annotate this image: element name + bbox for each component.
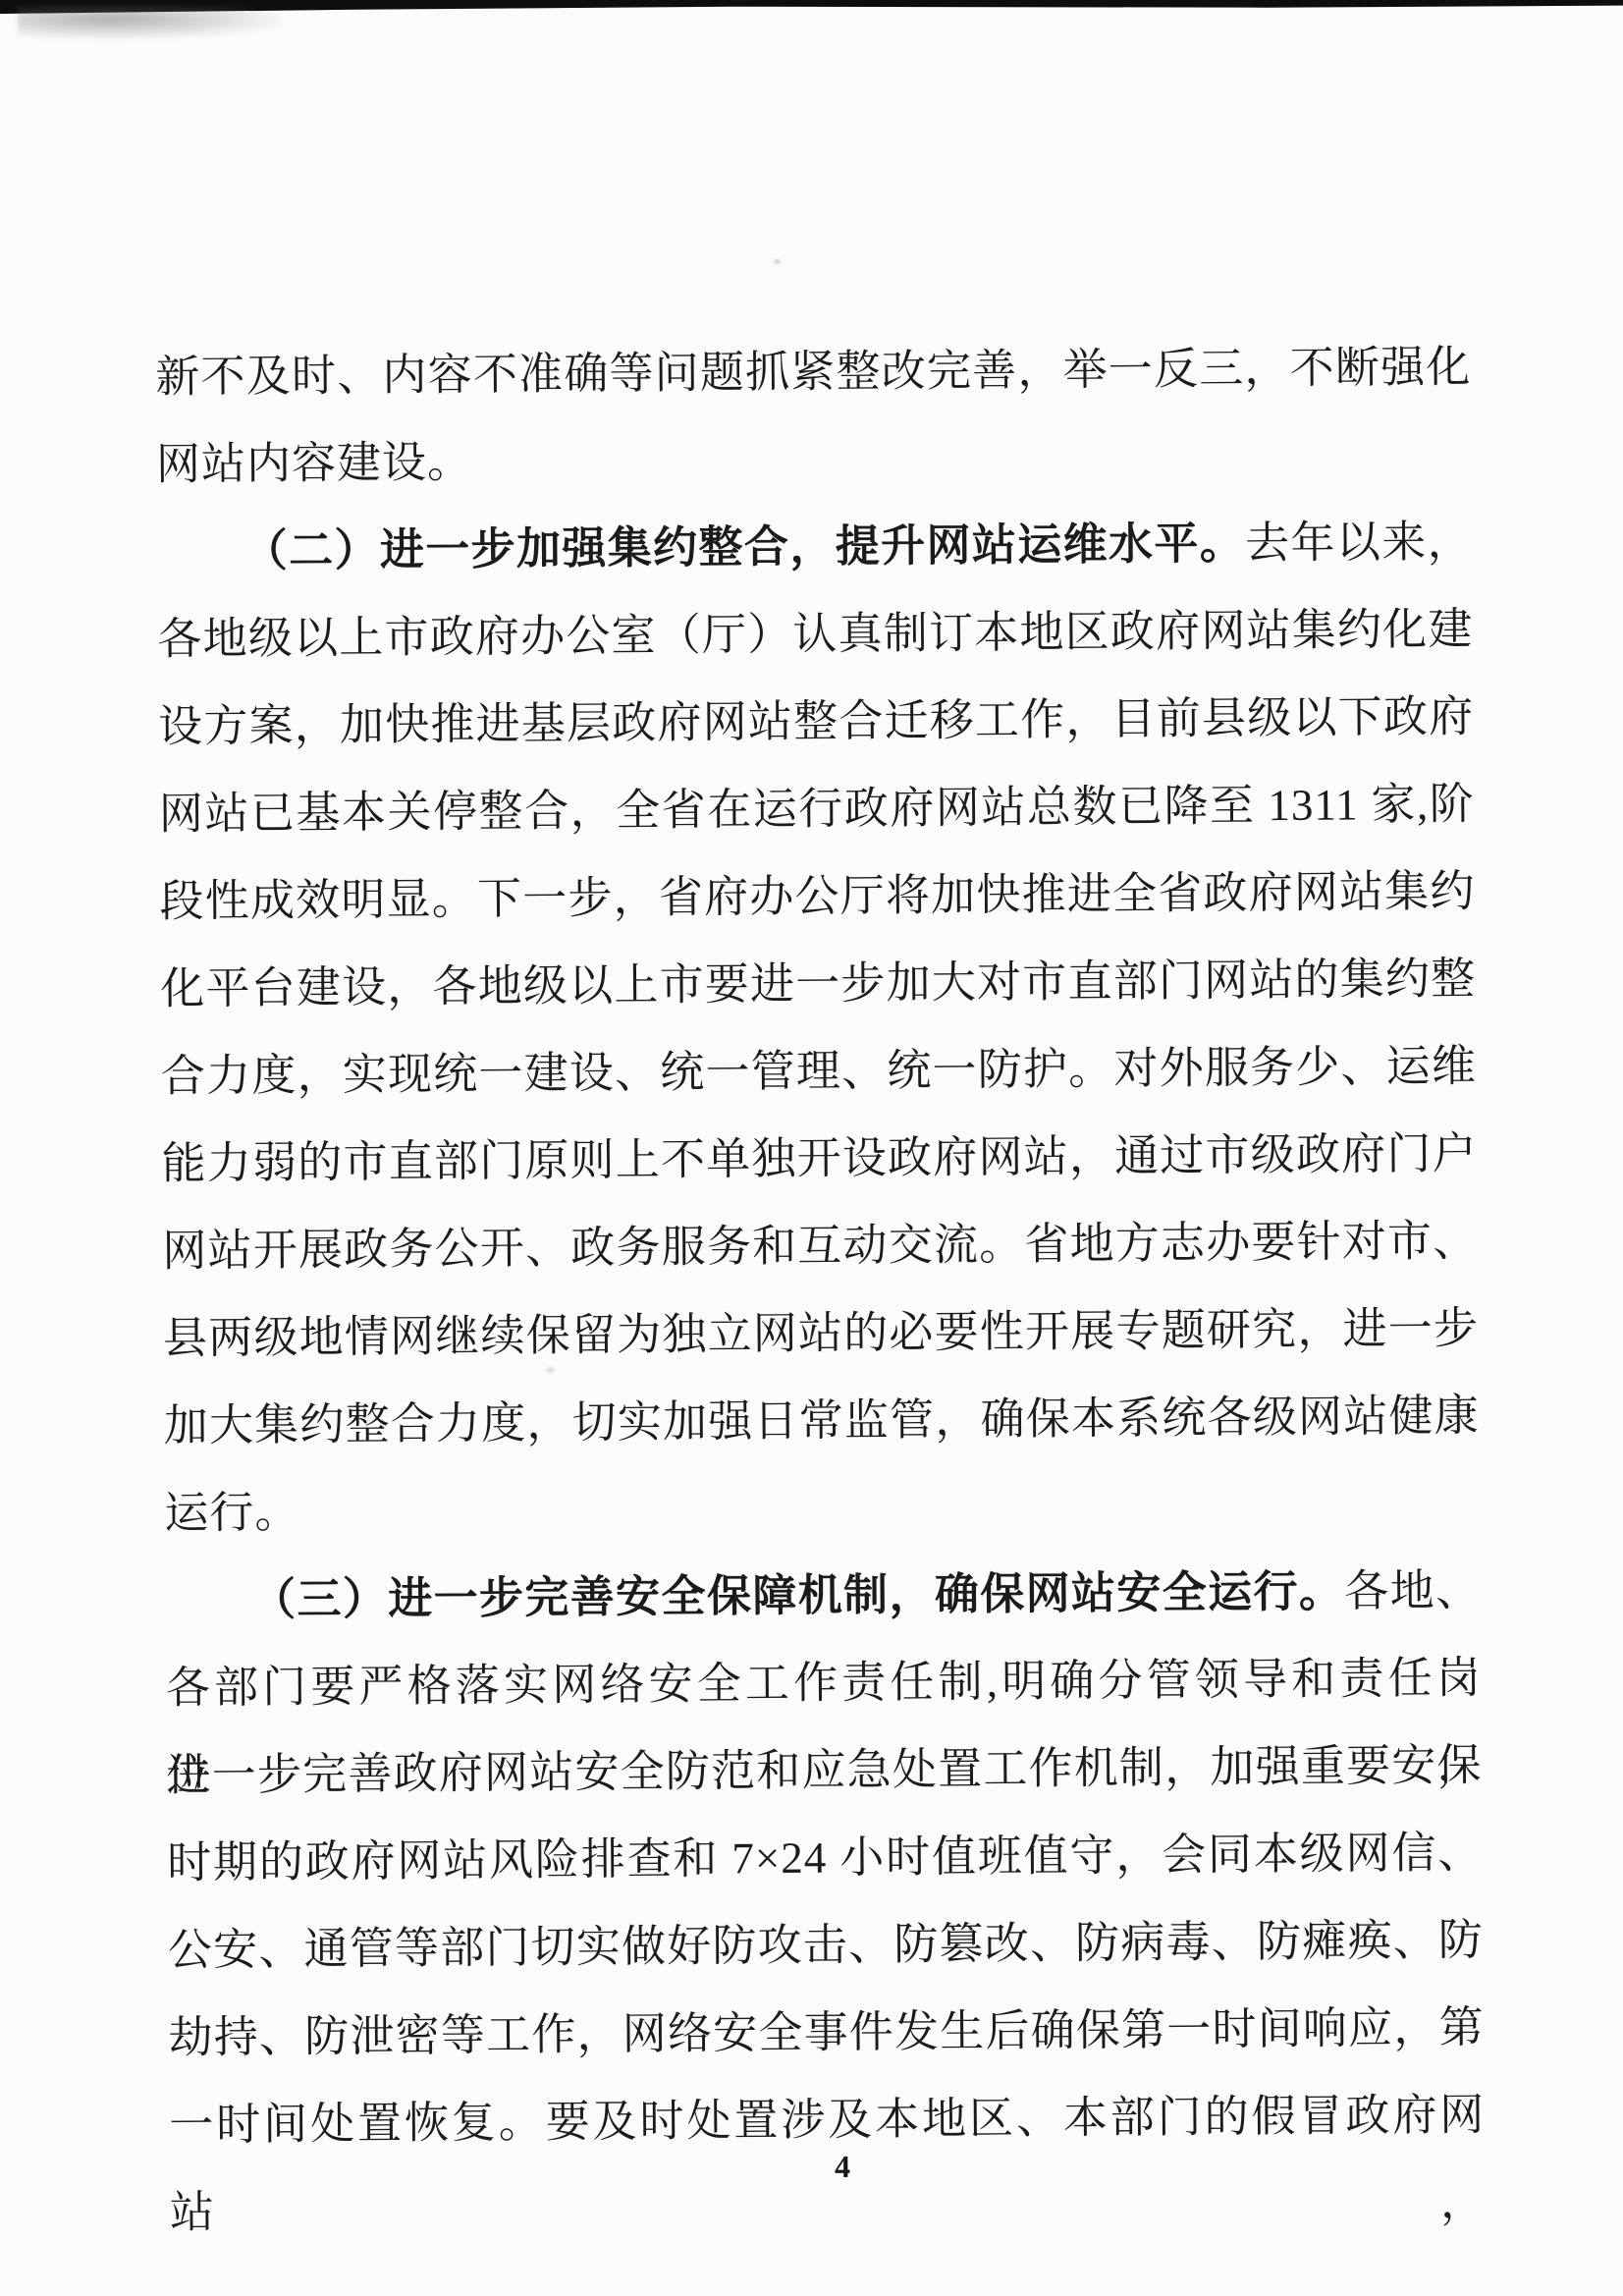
text-segment: 能力弱的市直部门原则上不单独开设政府网站，通过市级政府门户	[161, 1128, 1477, 1188]
text-line: 加大集约整合力度，切实加强日常监管，确保本系统各级网站健康	[163, 1372, 1480, 1470]
text-segment: 新不及时、内容不准确等问题抓紧整改完善，举一反三，不断强化	[155, 342, 1471, 402]
text-segment: 各地级以上市政府办公室（厅）认真制订本地区政府网站集约化建	[157, 604, 1473, 664]
text-segment: 一时间处置恢复。要及时处置涉及本地区、本部门的假冒政府网站，	[169, 2090, 1486, 2237]
text-line: 网站内容建设。	[156, 410, 1473, 509]
scan-smudge	[18, 6, 283, 39]
text-line: 时期的政府网站风险排查和 7×24 小时值班值守，会同本级网信、	[167, 1809, 1484, 1907]
text-segment: 进一步完善政府网站安全防范和应急处置工作机制，加强重要安保	[166, 1740, 1482, 1800]
text-line: 公安、通管等部门切实做好防攻击、防篡改、防病毒、防瘫痪、防	[168, 1896, 1485, 1995]
body-text: 新不及时、内容不准确等问题抓紧整改完善，举一反三，不断强化网站内容建设。（二）进…	[155, 323, 1486, 2168]
page-number: 4	[835, 2149, 850, 2185]
text-segment: 运行。	[164, 1488, 299, 1538]
text-segment: 网站开展政务公开、政务服务和互动交流。省地方志办要针对市、	[162, 1216, 1478, 1276]
text-segment: 县两级地情网继续保留为独立网站的必要性开展专题研究，进一步	[163, 1303, 1479, 1363]
text-line: 一时间处置恢复。要及时处置涉及本地区、本部门的假冒政府网站，	[169, 2071, 1486, 2169]
text-segment: 劫持、防泄密等工作，网络安全事件发生后确保第一时间响应，第	[168, 2002, 1484, 2062]
text-segment: 化平台建设，各地级以上市要进一步加大对市直部门网站的集约整	[160, 954, 1476, 1013]
text-line: 化平台建设，各地级以上市要进一步加大对市直部门网站的集约整	[160, 935, 1477, 1033]
text-line: 新不及时、内容不准确等问题抓紧整改完善，举一反三，不断强化	[155, 323, 1472, 421]
text-segment: 各地、	[1344, 1565, 1481, 1615]
text-segment: 合力度，实现统一建设、统一管理、统一防护。对外服务少、运维	[161, 1041, 1477, 1101]
text-line: 运行。	[164, 1459, 1481, 1558]
text-segment: 网站已基本关停整合，全省在运行政府网站总数已降至 1311 家,阶	[159, 779, 1475, 839]
text-segment: 公安、通管等部门切实做好防攻击、防篡改、防病毒、防瘫痪、防	[168, 1915, 1484, 1975]
text-line: 设方案，加快推进基层政府网站整合迁移工作，目前县级以下政府	[158, 673, 1475, 771]
text-line: （三）进一步完善安全保障机制，确保网站安全运行。各地、	[165, 1547, 1482, 1645]
text-segment: 时期的政府网站风险排查和 7×24 小时值班值守，会同本级网信、	[167, 1828, 1483, 1887]
text-line: 合力度，实现统一建设、统一管理、统一防护。对外服务少、运维	[161, 1022, 1478, 1121]
text-line: 县两级地情网继续保留为独立网站的必要性开展专题研究，进一步	[163, 1285, 1480, 1383]
section-heading: （二）进一步加强集约整合，提升网站运维水平。	[243, 519, 1246, 575]
text-line: 段性成效明显。下一步，省府办公厅将加快推进全省政府网站集约	[159, 847, 1476, 946]
text-segment: 网站内容建设。	[156, 437, 472, 489]
text-line: 各部门要严格落实网络安全工作责任制,明确分管领导和责任岗位，	[165, 1634, 1482, 1732]
text-segment: 段性成效明显。下一步，省府办公厅将加快推进全省政府网站集约	[159, 866, 1475, 926]
text-segment: 加大集约整合力度，切实加强日常监管，确保本系统各级网站健康	[164, 1391, 1480, 1450]
scan-speck	[774, 259, 781, 264]
text-line: 进一步完善政府网站安全防范和应急处置工作机制，加强重要安保	[166, 1722, 1483, 1820]
text-line: （二）进一步加强集约整合，提升网站运维水平。去年以来，	[156, 498, 1473, 596]
text-segment: 设方案，加快推进基层政府网站整合迁移工作，目前县级以下政府	[158, 691, 1474, 751]
text-line: 网站开展政务公开、政务服务和互动交流。省地方志办要针对市、	[162, 1197, 1479, 1295]
text-segment: 去年以来，	[1245, 517, 1473, 568]
text-line: 网站已基本关停整合，全省在运行政府网站总数已降至 1311 家,阶	[158, 760, 1475, 858]
text-line: 各地级以上市政府办公室（厅）认真制订本地区政府网站集约化建	[157, 585, 1474, 683]
text-line: 能力弱的市直部门原则上不单独开设政府网站，通过市级政府门户	[161, 1110, 1478, 1208]
section-heading: （三）进一步完善安全保障机制，确保网站安全运行。	[251, 1567, 1345, 1625]
text-line: 劫持、防泄密等工作，网络安全事件发生后确保第一时间响应，第	[168, 1984, 1485, 2082]
